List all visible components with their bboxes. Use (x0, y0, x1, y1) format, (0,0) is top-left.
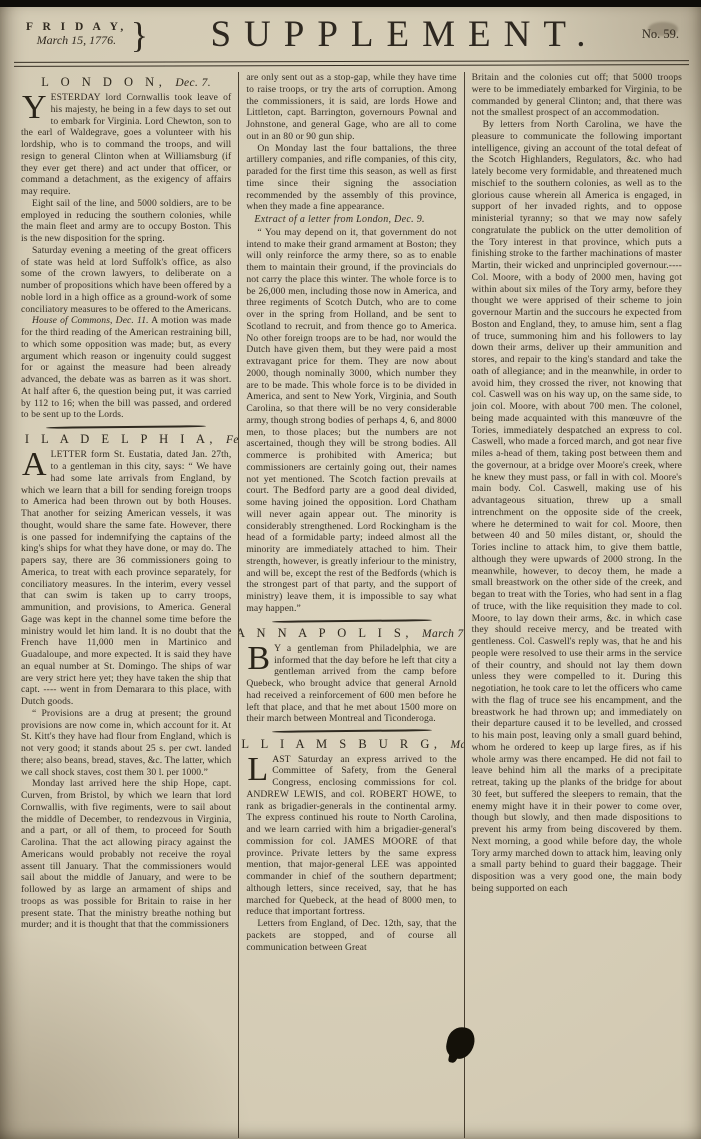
text-columns: L O N D O N, Dec. 7. YESTERDAY lord Corn… (0, 66, 701, 1138)
section-divider (272, 619, 432, 623)
paragraph: Saturday evening a meeting of the great … (21, 245, 231, 316)
section-divider (272, 729, 432, 733)
column-1: L O N D O N, Dec. 7. YESTERDAY lord Corn… (14, 72, 238, 1138)
masthead-brace: } (131, 14, 148, 56)
page-top-edge (0, 0, 701, 7)
paragraph: are only sent out as a stop-gap, while t… (246, 72, 456, 143)
column-3: Britain and the colonies cut off; that 5… (464, 72, 689, 1138)
dateline-place: P H I L A D E L P H I A, (14, 432, 217, 447)
paragraph: BY a gentleman from Philadelphia, we are… (246, 643, 456, 725)
paragraph: Monday last arrived here the ship Hope, … (21, 778, 231, 931)
masthead-date-block: F R I D A Y, March 15, 1776. (26, 21, 127, 48)
section-divider (46, 425, 206, 429)
paragraph-lead: House of Commons, Dec. 11. (32, 315, 149, 326)
dateline-place: L O N D O N, (41, 75, 166, 90)
dateline-annapolis: A N N A P O L I S, March 7. (246, 626, 456, 641)
masthead: F R I D A Y, March 15, 1776. } SUPPLEMEN… (0, 0, 701, 58)
paragraph-text: ESTERDAY lord Cornwallis took leave of h… (21, 92, 231, 197)
column-2: are only sent out as a stop-gap, while t… (238, 72, 463, 1138)
paragraph: Britain and the colonies cut off; that 5… (472, 72, 682, 119)
dateline-date: March 15. (451, 739, 464, 751)
drop-cap: L (246, 754, 272, 783)
ink-smudge (648, 22, 678, 36)
paragraph: “ Provisions are a drug at present; the … (21, 708, 231, 779)
dateline-williamsburg: W I L L I A M S B U R G, March 15. (246, 737, 456, 752)
paragraph: ALETTER form St. Eustatia, dated Jan. 27… (21, 449, 231, 708)
dateline-place: A N N A P O L I S, (238, 626, 413, 641)
dateline-london: L O N D O N, Dec. 7. (21, 75, 231, 90)
paragraph: LAST Saturday an express arrived to the … (246, 754, 456, 919)
paragraph: “ You may depend on it, that government … (246, 227, 456, 615)
drop-cap: B (246, 643, 274, 672)
masthead-title: SUPPLEMENT. (154, 13, 642, 56)
dateline-date: March 7. (422, 628, 464, 640)
drop-cap: A (21, 449, 51, 478)
dateline-date: Dec. 7. (175, 77, 211, 89)
masthead-date: March 15, 1776. (26, 34, 127, 48)
drop-cap: Y (21, 92, 51, 121)
paragraph: On Monday last the four battalions, the … (246, 143, 456, 214)
dateline-place: W I L L I A M S B U R G, (238, 737, 441, 752)
paragraph-text: AST Saturday an express arrived to the C… (246, 754, 456, 918)
paragraph-text: A motion was made for the third reading … (21, 315, 231, 420)
paragraph: House of Commons, Dec. 11. A motion was … (21, 315, 231, 421)
dateline-date: Feb. 28. (226, 434, 238, 446)
paragraph: By letters from North Carolina, we have … (472, 119, 682, 895)
extract-heading: Extract of a letter from London, Dec. 9. (246, 214, 456, 226)
newspaper-page: F R I D A Y, March 15, 1776. } SUPPLEMEN… (0, 0, 701, 1139)
paragraph: Letters from England, of Dec. 12th, say,… (246, 918, 456, 953)
paragraph-text: LETTER form St. Eustatia, dated Jan. 27t… (21, 449, 231, 707)
paragraph: YESTERDAY lord Cornwallis took leave of … (21, 92, 231, 198)
dateline-philadelphia: P H I L A D E L P H I A, Feb. 28. (21, 432, 231, 447)
paragraph-text: Y a gentleman from Philadelphia, we are … (246, 643, 456, 725)
paragraph: Eight sail of the line, and 5000 soldier… (21, 198, 231, 245)
